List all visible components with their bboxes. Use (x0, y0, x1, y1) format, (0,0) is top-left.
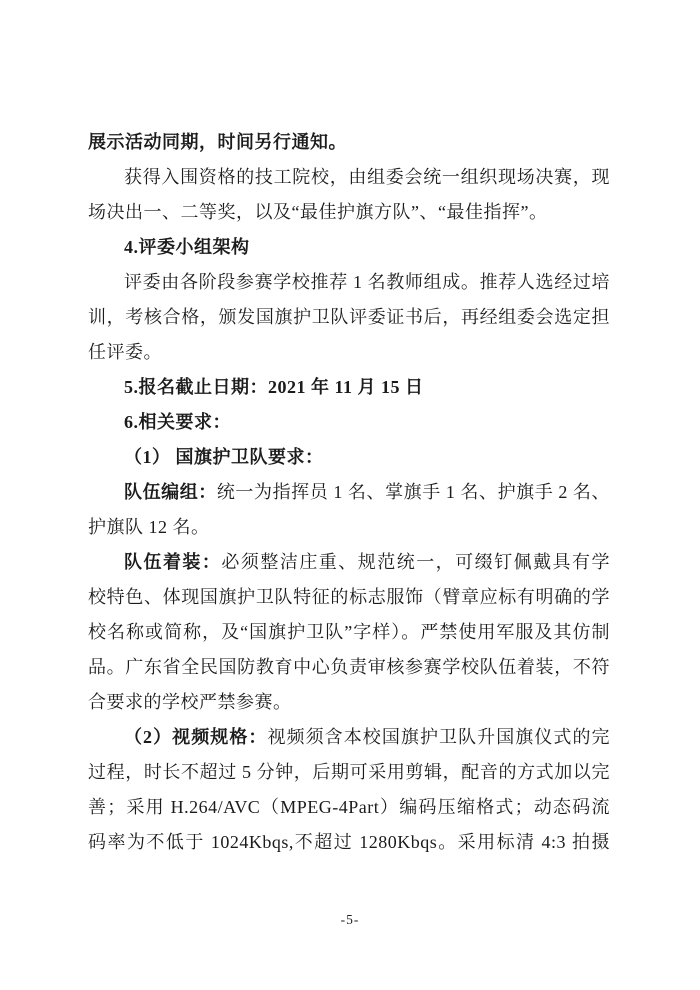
text-segment: 合要求的学校严禁参赛。 (88, 692, 292, 712)
text-segment-bold: （2）视频规格： (124, 727, 267, 747)
text-line: 码率为不低于 1024Kbqs,不超过 1280Kbqs。采用标清 4:3 拍摄… (88, 825, 610, 860)
text-line: 6.相关要求： (88, 405, 610, 440)
text-line: 获得入围资格的技工院校，由组委会统一组织现场决赛，现 (88, 160, 610, 195)
text-segment: 护旗队 12 名。 (88, 517, 210, 537)
text-segment: 任评委。 (88, 342, 162, 362)
text-line: 训，考核合格，颁发国旗护卫队评委证书后，再经组委会选定担 (88, 300, 610, 335)
text-segment-bold: 4.评委小组架构 (124, 237, 250, 257)
text-segment: 善；采用 H.264/AVC（MPEG-4Part）编码压缩格式；动态码流的 (88, 797, 610, 825)
text-segment: 获得入围资格的技工院校，由组委会统一组织现场决赛，现 (124, 167, 610, 187)
text-line: 5.报名截止日期：2021 年 11 月 15 日 (88, 370, 610, 405)
text-segment-bold: 6.相关要求： (124, 412, 231, 432)
text-segment: 品。广东省全民国防教育中心负责审核参赛学校队伍着装，不符 (88, 657, 610, 677)
text-segment-bold: （1） 国旗护卫队要求： (124, 447, 324, 467)
text-line: （1） 国旗护卫队要求： (88, 440, 610, 475)
text-line: 评委由各阶段参赛学校推荐 1 名教师组成。推荐人选经过培 (88, 265, 610, 300)
text-line: 过程，时长不超过 5 分钟，后期可采用剪辑，配音的方式加以完 (88, 755, 610, 790)
text-line: 校名称或简称，及“国旗护卫队”字样）。严禁使用军服及其仿制 (88, 615, 610, 650)
text-line: 4.评委小组架构 (88, 230, 610, 265)
text-line: 校特色、体现国旗护卫队特征的标志服饰（臂章应标有明确的学 (88, 580, 610, 615)
text-line: 队伍着装：必须整洁庄重、规范统一，可缀钉佩戴具有学 (88, 545, 610, 580)
text-segment: 评委由各阶段参赛学校推荐 1 名教师组成。推荐人选经过培 (124, 272, 610, 292)
text-segment: 统一为指挥员 1 名、掌旗手 1 名、护旗手 2 名、 (217, 482, 610, 502)
text-segment: 训，考核合格，颁发国旗护卫队评委证书后，再经组委会选定担 (88, 307, 610, 327)
text-line: 场决出一、二等奖，以及“最佳护旗方队”、“最佳指挥”。 (88, 195, 610, 230)
text-segment: 场决出一、二等奖，以及“最佳护旗方队”、“最佳指挥”。 (88, 202, 547, 222)
page-number: -5- (0, 912, 700, 928)
text-segment-bold: 5.报名截止日期：2021 年 11 月 15 日 (124, 377, 424, 397)
document-page: 展示活动同期，时间另行通知。获得入围资格的技工院校，由组委会统一组织现场决赛，现… (0, 0, 700, 990)
text-line: 展示活动同期，时间另行通知。 (88, 125, 610, 160)
document-body: 展示活动同期，时间另行通知。获得入围资格的技工院校，由组委会统一组织现场决赛，现… (88, 125, 610, 860)
text-line: 合要求的学校严禁参赛。 (88, 685, 610, 720)
text-segment-bold: 展示活动同期，时间另行通知。 (88, 132, 347, 152)
text-line: 队伍编组：统一为指挥员 1 名、掌旗手 1 名、护旗手 2 名、 (88, 475, 610, 510)
text-segment: 校特色、体现国旗护卫队特征的标志服饰（臂章应标有明确的学 (88, 587, 610, 607)
text-segment-bold: 队伍编组： (124, 482, 217, 502)
text-line: 任评委。 (88, 335, 610, 370)
text-line: 善；采用 H.264/AVC（MPEG-4Part）编码压缩格式；动态码流的 (88, 790, 610, 825)
text-segment: 过程，时长不超过 5 分钟，后期可采用剪辑，配音的方式加以完 (88, 762, 610, 782)
text-segment-bold: 队伍着装： (124, 552, 221, 572)
text-line: （2）视频规格：视频须含本校国旗护卫队升国旗仪式的完整 (88, 720, 610, 755)
text-segment: 校名称或简称，及“国旗护卫队”字样）。严禁使用军服及其仿制 (88, 622, 610, 642)
text-segment: 码率为不低于 1024Kbqs,不超过 1280Kbqs。采用标清 4:3 拍摄… (88, 832, 610, 860)
text-line: 品。广东省全民国防教育中心负责审核参赛学校队伍着装，不符 (88, 650, 610, 685)
text-line: 护旗队 12 名。 (88, 510, 610, 545)
text-segment: 必须整洁庄重、规范统一，可缀钉佩戴具有学 (221, 552, 610, 572)
